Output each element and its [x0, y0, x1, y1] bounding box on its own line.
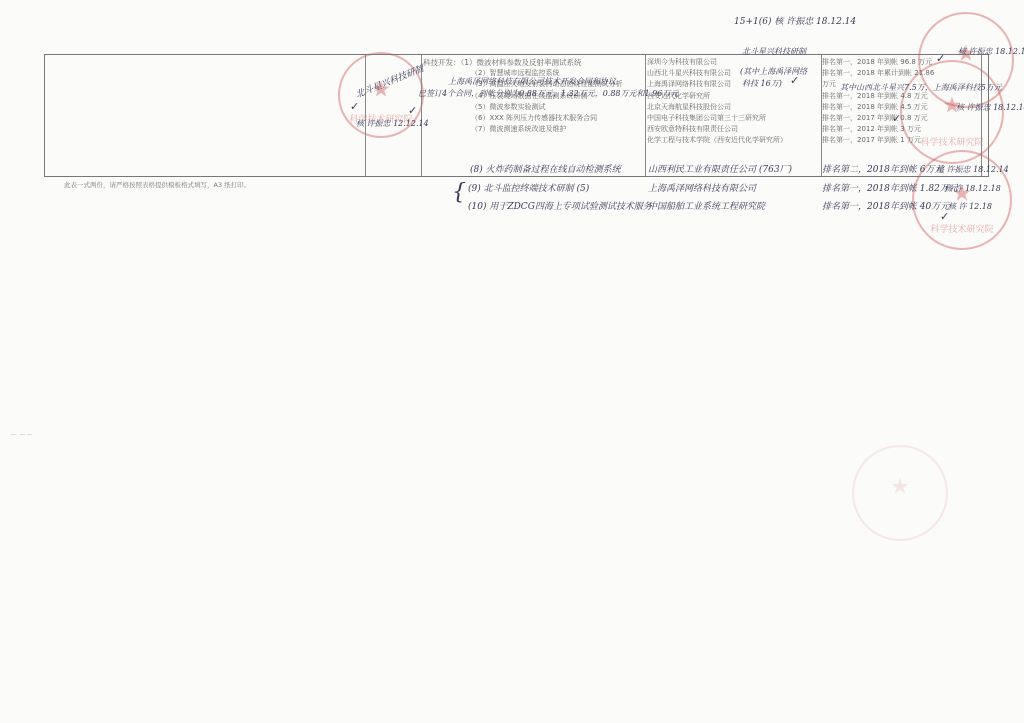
handwritten-sign-8: 核 许振忠 18.12.14 [936, 164, 1009, 175]
check-mark-icon: ✓ [350, 100, 359, 113]
handwritten-rank-8: 排名第二，2018年到帐 6万元 [822, 162, 944, 175]
handwritten-project2-amounts: 已签订4个合同，到帐分别为0.88万元，1.32万元，0.88万元和1.96万元 [418, 88, 678, 99]
rank-column: 排名第一，2018 年到帐 96.8 万元 排名第一，2018 年累计到帐 21… [822, 57, 952, 147]
handwritten-unit-10: 中国船舶工业系统工程研究院 [648, 199, 765, 212]
seal-star-icon: ★ [890, 475, 910, 500]
handwritten-project-8: (8) 火炸药制备过程在线自动检测系统 [470, 162, 621, 175]
handwritten-rank-note: 其中山西北斗星兴7.5万，上海禹泽科技5万元 [840, 82, 1002, 93]
handwritten-unit-note: 科技 16万) [742, 78, 782, 89]
handwritten-unit-9: 上海禹泽网络科技有限公司 [648, 181, 756, 194]
unit-cell: 北京天海航星科技股份公司 [647, 102, 827, 113]
rank-cell: 排名第一，2012 年到帐 3 万元 [822, 124, 952, 135]
rank-cell: 排名第一，2018 年到帐 96.8 万元 [822, 57, 952, 68]
project-name: （1）微波材料参数及反射率测试系统 [461, 58, 582, 67]
check-mark-icon: ✓ [790, 74, 799, 87]
column-divider [365, 55, 366, 176]
rank-cell: 排名第一，2017 年到帐 1 万元 [822, 135, 952, 146]
unit-cell: 化学工程与技术学院（西安近代化学研究所） [647, 135, 827, 146]
handwritten-project-9: (9) 北斗监控终端技术研制 (5) [468, 181, 589, 194]
footnote: 此表一式两份，请严格按照表格提供模板格式填写，A3 纸打印。 [64, 180, 250, 189]
bleed-through-mark: ~ ~~ [10, 430, 33, 439]
check-mark-icon: ✓ [940, 210, 949, 223]
section-label: 科技开发： [423, 58, 461, 67]
unit-cell: 西安欧意特科技有限责任公司 [647, 124, 827, 135]
handwritten-unit-note: 北斗星兴科技研制 [742, 46, 806, 57]
handwritten-verification-sign: 核 许振忠 18.12.14 [956, 102, 1024, 113]
handwritten-unit-8: 山西利民工业有限责任公司 (763厂) [648, 162, 792, 175]
column-divider [981, 55, 982, 176]
scanned-document-page: ★ 科学技术研究院 ★ ★ 科学技术研究院 ★ 科学技术研究院 ★ ~ ~~ 1… [0, 0, 1024, 723]
achievement-table: 科技开发：（1）微波材料参数及反射率测试系统 （2）智慧城市远程监控系统 （3）… [44, 54, 989, 177]
seal-text: 科学技术研究院 [914, 222, 1010, 235]
rank-cell: 排名第一，2017 年到帐 0.8 万元 [822, 113, 952, 124]
handwritten-project2-note: 上海禹泽网络科技有限公司技术开发合同和协议 [448, 76, 616, 87]
handwritten-sign-10: 核 许 12.18 [948, 201, 992, 212]
handwritten-project-10: (10) 用于ZDCG四海上专项试验测试技术服务 [468, 199, 652, 212]
check-mark-icon: ✓ [892, 112, 901, 125]
handwritten-bracket: { [452, 180, 466, 205]
header-handwritten-note: 15+1(6) 核 许振忠 18.12.14 [734, 14, 856, 27]
handwritten-rank-9: 排名第一，2018年到帐 1.82万元 [822, 181, 958, 194]
handwritten-rank-10: 排名第一，2018年到帐 40万元 [822, 199, 949, 212]
bleed-through-seal: ★ [852, 445, 948, 541]
unit-cell: 中国电子科技集团公司第三十三研究所 [647, 113, 827, 124]
handwritten-verification-sign: 核 许振忠 18.12.1 [958, 46, 1024, 57]
rank-cell: 排名第一，2018 年累计到帐 21.86 [822, 68, 952, 79]
handwritten-sign-9: 核 许 18.12.18 [944, 183, 1001, 194]
handwritten-left-sign: 核 许振忠 12.12.14 [356, 118, 429, 129]
check-mark-icon: ✓ [408, 104, 417, 117]
check-mark-icon: ✓ [936, 52, 945, 65]
rank-cell: 排名第一，2018 年到帐 4.5 万元 [822, 102, 952, 113]
